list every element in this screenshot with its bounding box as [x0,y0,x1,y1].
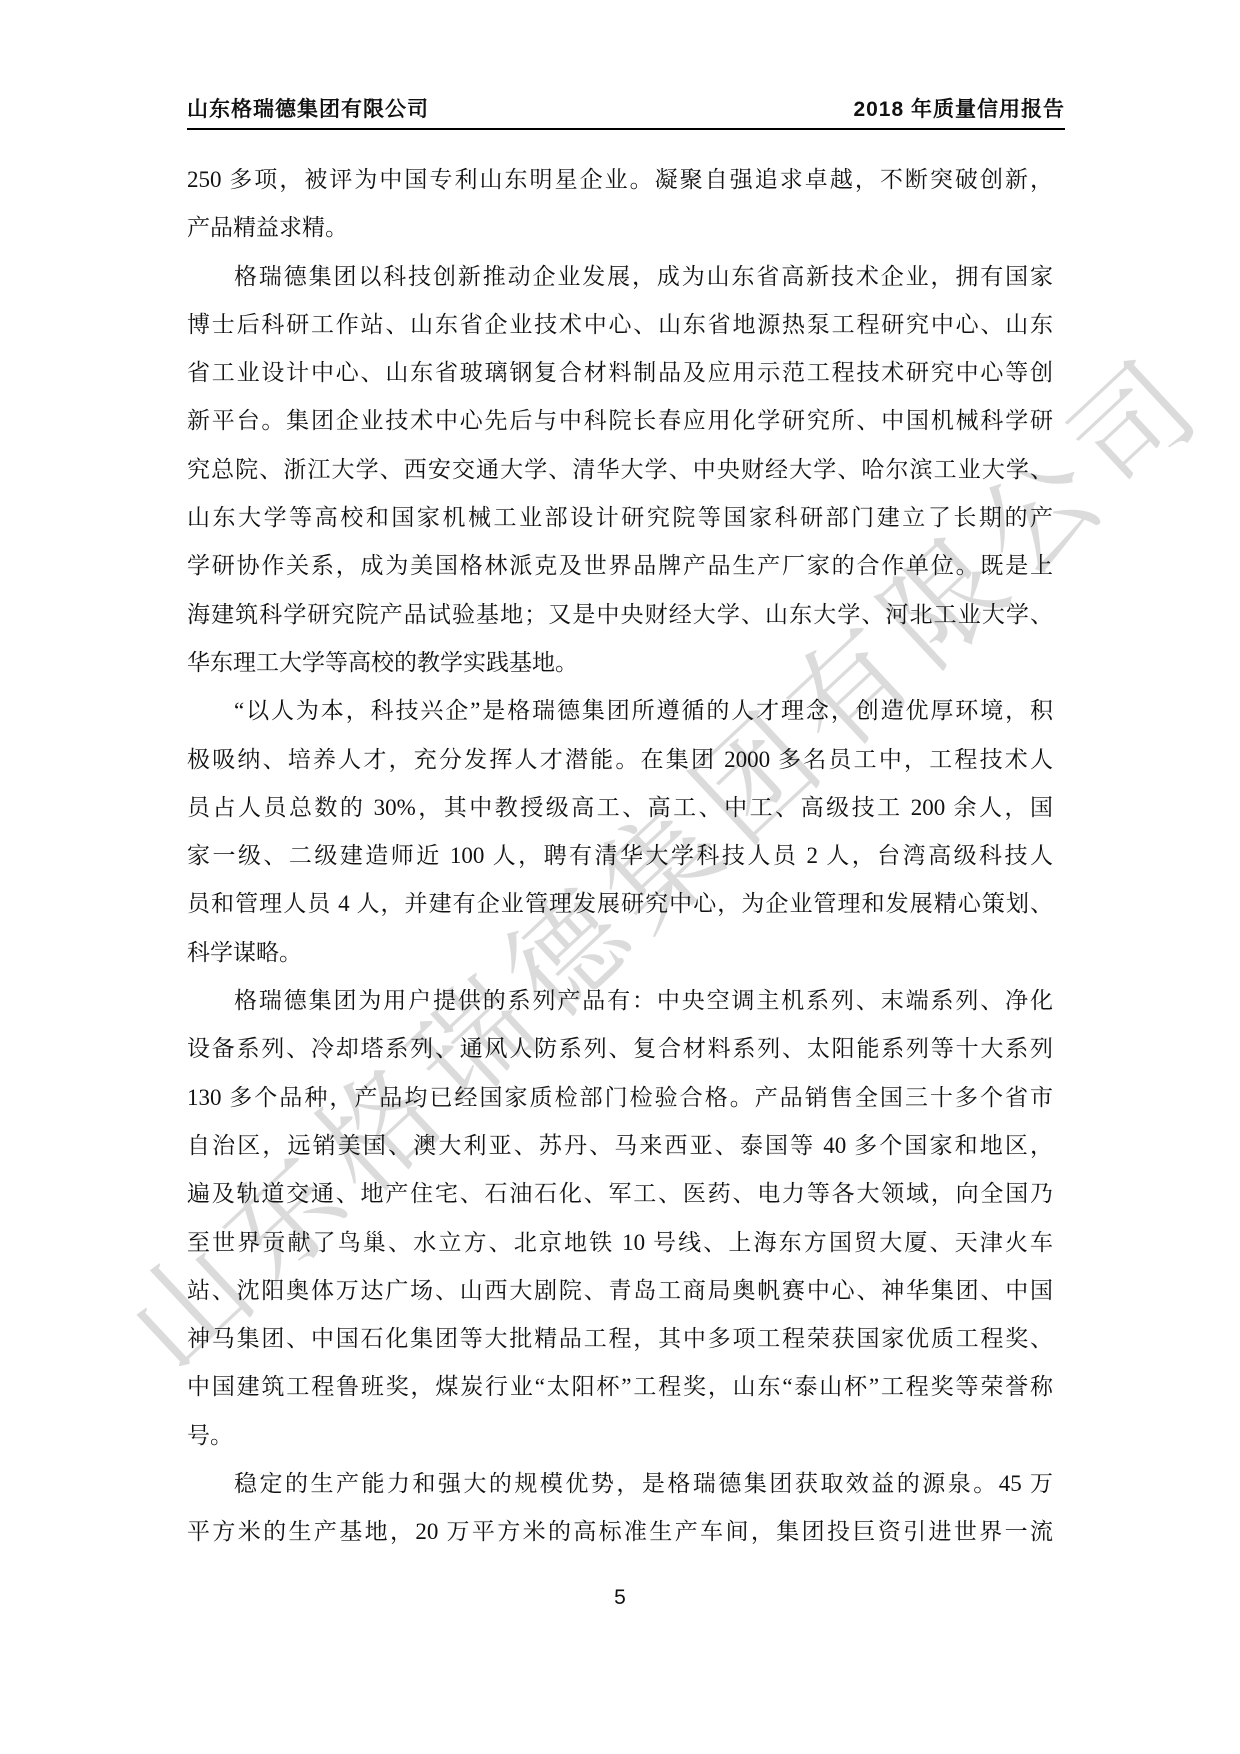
text-line: “以人为本，科技兴企”是格瑞德集团所遵循的人才理念，创造优厚环境，积 [187,687,1053,735]
header-rule [187,128,1065,130]
text-line: 新平台。集团企业技术中心先后与中科院长春应用化学研究所、中国机械科学研 [187,397,1053,445]
page-header: 山东格瑞德集团有限公司 2018 年质量信用报告 [187,93,1065,123]
text-line: 员和管理人员 4 人，并建有企业管理发展研究中心，为企业管理和发展精心策划、 [187,880,1053,928]
text-line: 极吸纳、培养人才，充分发挥人才潜能。在集团 2000 多名员工中，工程技术人 [187,736,1053,784]
page-number: 5 [0,1586,1240,1610]
text-line: 产品精益求精。 [187,204,1053,252]
text-line: 省工业设计中心、山东省玻璃钢复合材料制品及应用示范工程技术研究中心等创 [187,349,1053,397]
text-line: 稳定的生产能力和强大的规模优势，是格瑞德集团获取效益的源泉。45 万 [187,1460,1053,1508]
text-line: 至世界贡献了鸟巢、水立方、北京地铁 10 号线、上海东方国贸大厦、天津火车 [187,1219,1053,1267]
text-line: 华东理工大学等高校的教学实践基地。 [187,639,1053,687]
text-line: 山东大学等高校和国家机械工业部设计研究院等国家科研部门建立了长期的产 [187,494,1053,542]
text-line: 家一级、二级建造师近 100 人，聘有清华大学科技人员 2 人，台湾高级科技人 [187,832,1053,880]
document-body: 250 多项，被评为中国专利山东明星企业。凝聚自强追求卓越，不断突破创新，产品精… [187,156,1053,1557]
text-line: 号。 [187,1412,1053,1460]
text-line: 自治区，远销美国、澳大利亚、苏丹、马来西亚、泰国等 40 多个国家和地区， [187,1122,1053,1170]
text-line: 设备系列、冷却塔系列、通风人防系列、复合材料系列、太阳能系列等十大系列 [187,1025,1053,1073]
text-line: 中国建筑工程鲁班奖，煤炭行业“太阳杯”工程奖，山东“泰山杯”工程奖等荣誉称 [187,1363,1053,1411]
text-line: 130 多个品种，产品均已经国家质检部门检验合格。产品销售全国三十多个省市 [187,1074,1053,1122]
text-line: 格瑞德集团以科技创新推动企业发展，成为山东省高新技术企业，拥有国家 [187,253,1053,301]
text-line: 员占人员总数的 30%，其中教授级高工、高工、中工、高级技工 200 余人，国 [187,784,1053,832]
text-line: 格瑞德集团为用户提供的系列产品有：中央空调主机系列、末端系列、净化 [187,977,1053,1025]
text-line: 海建筑科学研究院产品试验基地；又是中央财经大学、山东大学、河北工业大学、 [187,591,1053,639]
header-report-title: 2018 年质量信用报告 [853,93,1065,123]
document-page: 山东格瑞德集团有限公司 山东格瑞德集团有限公司 2018 年质量信用报告 250… [0,0,1240,1754]
text-line: 平方米的生产基地，20 万平方米的高标准生产车间，集团投巨资引进世界一流 [187,1508,1053,1556]
text-line: 250 多项，被评为中国专利山东明星企业。凝聚自强追求卓越，不断突破创新， [187,156,1053,204]
header-company-name: 山东格瑞德集团有限公司 [187,93,429,123]
text-line: 站、沈阳奥体万达广场、山西大剧院、青岛工商局奥帆赛中心、神华集团、中国 [187,1267,1053,1315]
text-line: 遍及轨道交通、地产住宅、石油石化、军工、医药、电力等各大领域，向全国乃 [187,1170,1053,1218]
text-line: 究总院、浙江大学、西安交通大学、清华大学、中央财经大学、哈尔滨工业大学、 [187,446,1053,494]
text-line: 学研协作关系，成为美国格林派克及世界品牌产品生产厂家的合作单位。既是上 [187,542,1053,590]
text-line: 科学谋略。 [187,929,1053,977]
text-line: 神马集团、中国石化集团等大批精品工程，其中多项工程荣获国家优质工程奖、 [187,1315,1053,1363]
text-line: 博士后科研工作站、山东省企业技术中心、山东省地源热泵工程研究中心、山东 [187,301,1053,349]
